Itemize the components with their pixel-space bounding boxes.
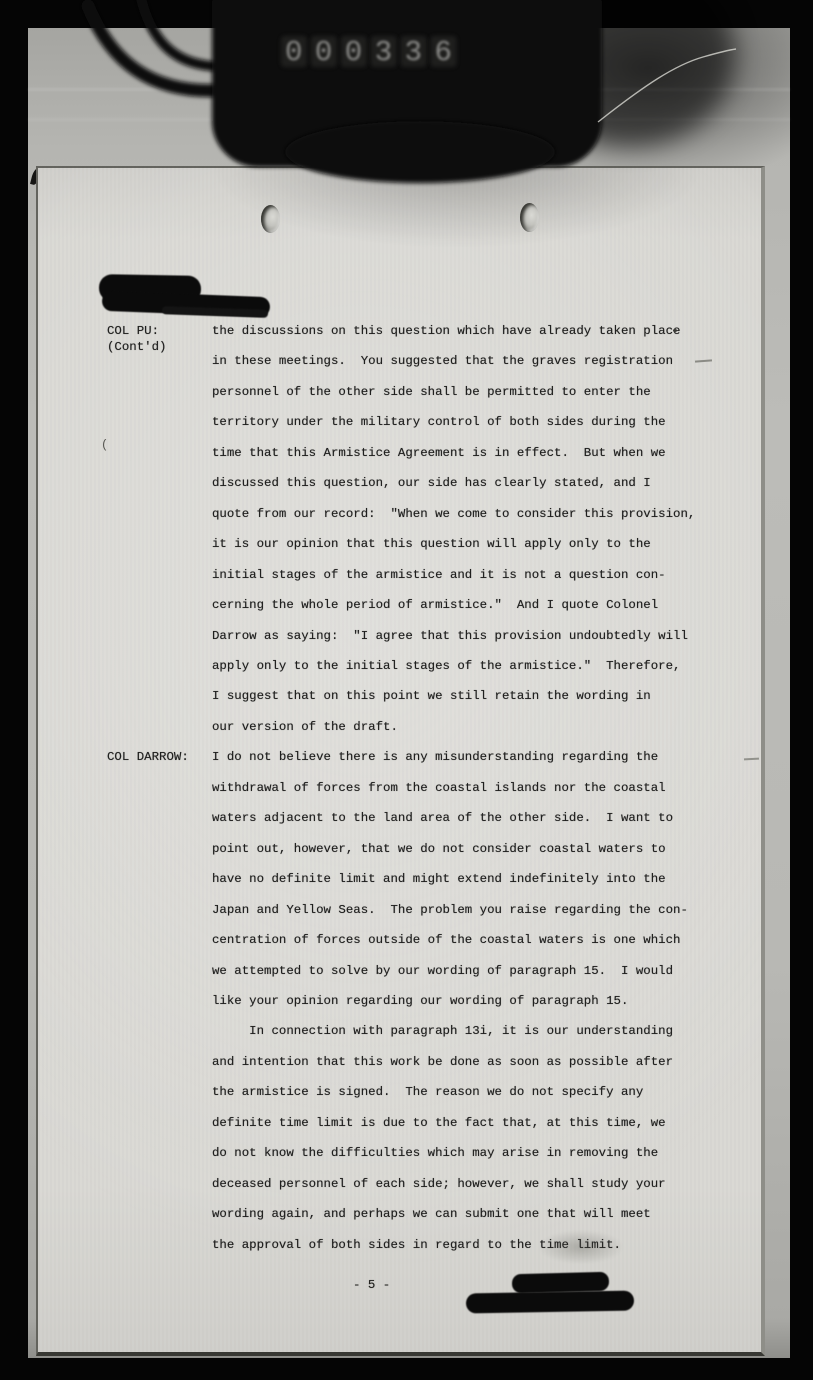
cable-icon <box>88 6 227 91</box>
stray-paren-mark: ( <box>101 438 108 452</box>
transcript-line: I do not believe there is any misunderst… <box>212 742 722 772</box>
transcript-line: we attempted to solve by our wording of … <box>212 956 722 986</box>
pencil-dash-mark <box>744 758 759 761</box>
punch-hole-left <box>261 205 280 233</box>
smudge-mark <box>538 1230 624 1264</box>
document-page: COL PU: (Cont'd)the discussions on this … <box>36 166 765 1356</box>
transcript-line: the armistice is signed. The reason we d… <box>212 1077 722 1107</box>
transcript-line: wording again, and perhaps we can submit… <box>212 1199 722 1229</box>
transcript-line: our version of the draft. <box>212 712 722 742</box>
transcript-line: the approval of both sides in regard to … <box>212 1230 722 1260</box>
transcript: COL PU: (Cont'd)the discussions on this … <box>107 316 722 1260</box>
transcript-line: quote from our record: "When we come to … <box>212 499 722 529</box>
transcript-line: I suggest that on this point we still re… <box>212 681 722 711</box>
transcript-line: Darrow as saying: "I agree that this pro… <box>212 621 722 651</box>
transcript-line: the discussions on this question which h… <box>212 316 722 346</box>
stray-dot-mark <box>673 329 677 332</box>
page-number: - 5 - <box>353 1278 390 1292</box>
transcript-line: waters adjacent to the land area of the … <box>212 803 722 833</box>
transcript-line: time that this Armistice Agreement is in… <box>212 438 722 468</box>
transcript-line: initial stages of the armistice and it i… <box>212 560 722 590</box>
transcript-line: cerning the whole period of armistice." … <box>212 590 722 620</box>
transcript-block: COL PU: (Cont'd)the discussions on this … <box>107 316 722 742</box>
speech-lines: I do not believe there is any misunderst… <box>212 742 722 1260</box>
transcript-line: withdrawal of forces from the coastal is… <box>212 773 722 803</box>
punch-hole-right <box>520 203 539 232</box>
film-counter-device: 000336 <box>55 0 765 200</box>
speaker-label: COL PU: (Cont'd) <box>107 316 212 742</box>
transcript-line: apply only to the initial stages of the … <box>212 651 722 681</box>
transcript-line: deceased personnel of each side; however… <box>212 1169 722 1199</box>
transcript-line: like your opinion regarding our wording … <box>212 986 722 1016</box>
speech-lines: the discussions on this question which h… <box>212 316 722 742</box>
transcript-block: COL DARROW:I do not believe there is any… <box>107 742 722 1260</box>
transcript-line: discussed this question, our side has cl… <box>212 468 722 498</box>
counter-digits: 000336 <box>285 36 464 69</box>
transcript-line: do not know the difficulties which may a… <box>212 1138 722 1168</box>
transcript-line: and intention that this work be done as … <box>212 1047 722 1077</box>
transcript-line: territory under the military control of … <box>212 407 722 437</box>
transcript-line: in these meetings. You suggested that th… <box>212 346 722 376</box>
transcript-line: point out, however, that we do not consi… <box>212 834 722 864</box>
counter-body-bulge <box>285 121 555 183</box>
transcript-line: definite time limit is due to the fact t… <box>212 1108 722 1138</box>
speaker-label: COL DARROW: <box>107 742 212 1260</box>
redaction-mark-footer <box>512 1272 609 1294</box>
transcript-line: personnel of the other side shall be per… <box>212 377 722 407</box>
microfilm-scan: COL PU: (Cont'd)the discussions on this … <box>0 0 813 1380</box>
transcript-line: it is our opinion that this question wil… <box>212 529 722 559</box>
transcript-line: centration of forces outside of the coas… <box>212 925 722 955</box>
transcript-line: Japan and Yellow Seas. The problem you r… <box>212 895 722 925</box>
redaction-mark-footer <box>466 1291 634 1314</box>
transcript-line: have no definite limit and might extend … <box>212 864 722 894</box>
transcript-line: In connection with paragraph 13i, it is … <box>212 1016 722 1046</box>
